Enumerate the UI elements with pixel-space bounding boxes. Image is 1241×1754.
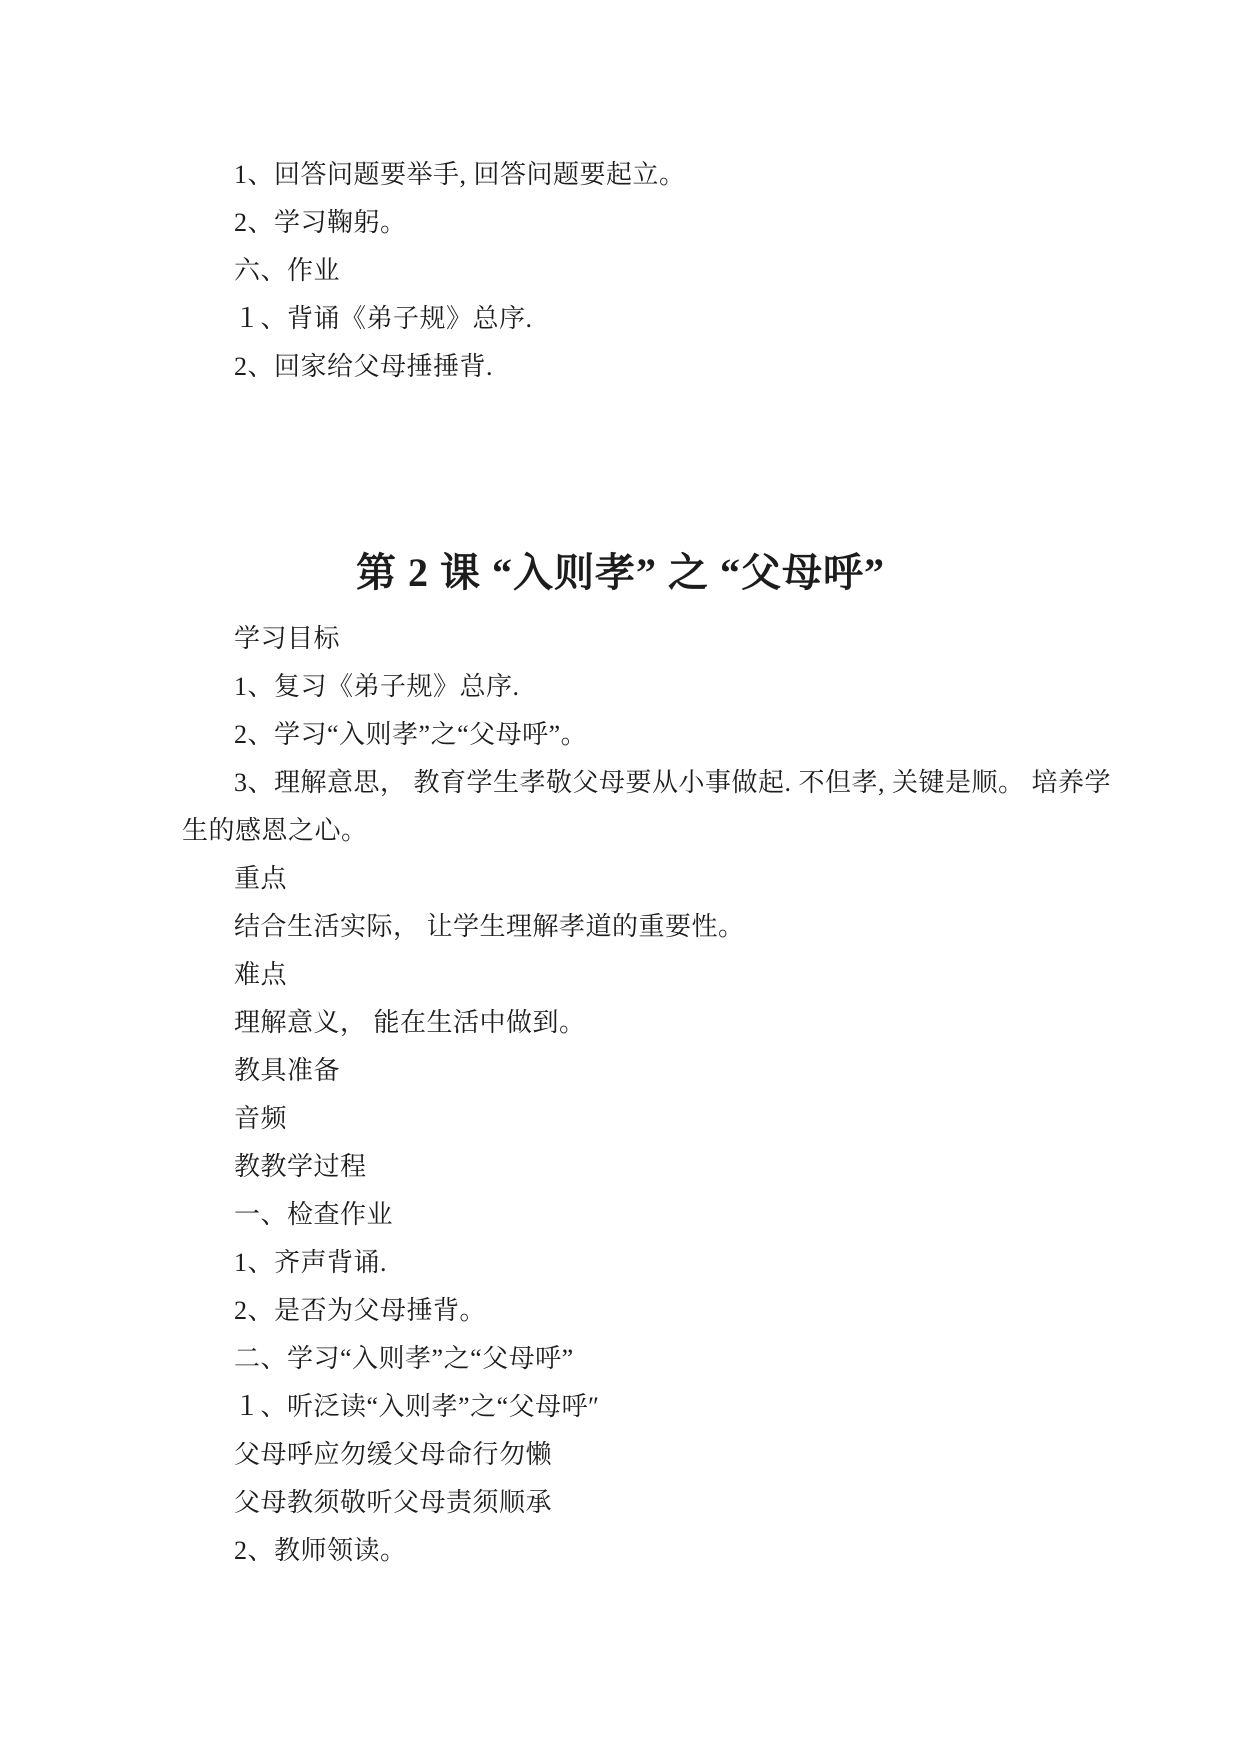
- text-line: 3、理解意思， 教育学生孝敬父母要从小事做起. 不但孝, 关键是顺。 培养学: [182, 759, 1181, 807]
- text-line: 一、检查作业: [182, 1191, 1181, 1239]
- lesson-title: 第 2 课 “入则孝” 之 “父母呼”: [182, 545, 1059, 601]
- text-line: 学习目标: [182, 615, 1181, 663]
- text-line: 2、回家给父母捶捶背.: [182, 343, 1181, 391]
- text-line: 音频: [182, 1095, 1181, 1143]
- text-line: 2、是否为父母捶背。: [182, 1287, 1181, 1335]
- text-line: 父母呼应勿缓父母命行勿懒: [182, 1431, 1181, 1479]
- text-line: 重点: [182, 855, 1181, 903]
- text-line: 2、学习鞠躬。: [182, 199, 1181, 247]
- text-line: 生的感恩之心。: [182, 807, 1181, 855]
- text-line: 1、回答问题要举手, 回答问题要起立。: [182, 151, 1181, 199]
- text-line: 教具准备: [182, 1047, 1181, 1095]
- text-line: 1、复习《弟子规》总序.: [182, 663, 1181, 711]
- document-page: 1、回答问题要举手, 回答问题要起立。2、学习鞠躬。六、作业１、背诵《弟子规》总…: [0, 0, 1241, 1754]
- text-line: 六、作业: [182, 247, 1181, 295]
- text-line: 2、教师领读。: [182, 1527, 1181, 1575]
- text-line: 理解意义， 能在生活中做到。: [182, 999, 1181, 1047]
- body-section: 学习目标1、复习《弟子规》总序.2、学习“入则孝”之“父母呼”。3、理解意思， …: [182, 615, 1181, 1575]
- text-line: 难点: [182, 951, 1181, 999]
- text-line: 1、齐声背诵.: [182, 1239, 1181, 1287]
- text-line: 二、学习“入则孝”之“父母呼”: [182, 1335, 1181, 1383]
- text-line: 结合生活实际， 让学生理解孝道的重要性。: [182, 903, 1181, 951]
- top-section: 1、回答问题要举手, 回答问题要起立。2、学习鞠躬。六、作业１、背诵《弟子规》总…: [182, 151, 1181, 391]
- text-line: １、背诵《弟子规》总序.: [182, 295, 1181, 343]
- text-line: １、听泛读“入则孝”之“父母呼″: [182, 1383, 1181, 1431]
- text-line: 2、学习“入则孝”之“父母呼”。: [182, 711, 1181, 759]
- text-line: 教教学过程: [182, 1143, 1181, 1191]
- text-line: 父母教须敬听父母责须顺承: [182, 1479, 1181, 1527]
